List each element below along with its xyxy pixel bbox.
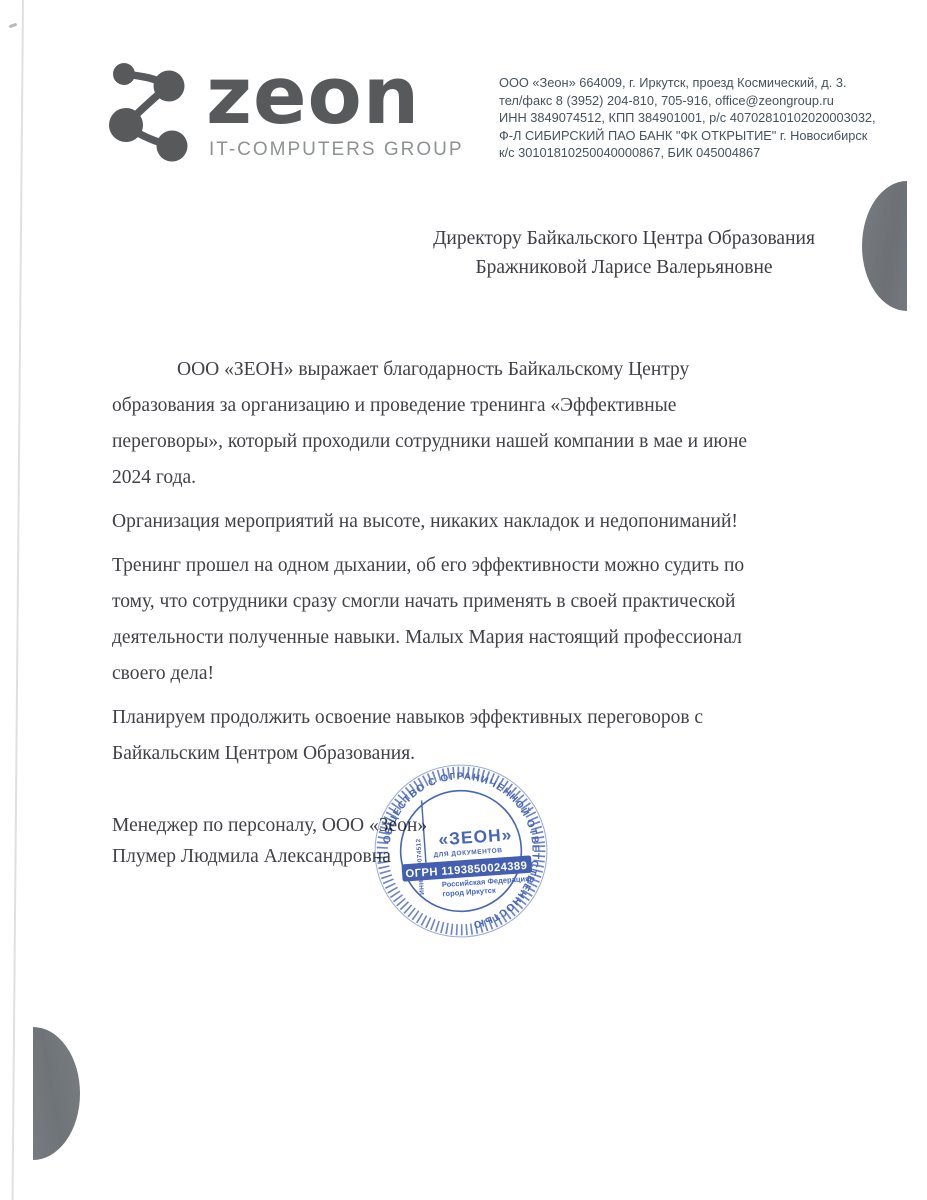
molecule-network-icon bbox=[108, 62, 194, 166]
scan-shadow-blob-right bbox=[862, 181, 907, 311]
paragraph-gratitude: ООО «ЗЕОН» выражает благодарность Байкал… bbox=[112, 352, 852, 496]
company-corr-account-bik: к/с 30101810250040000867, БИК 045004867 bbox=[499, 144, 899, 162]
recipient-block: Директору Байкальского Центра Образовани… bbox=[398, 224, 850, 282]
body-line: 2024 года. bbox=[112, 460, 852, 496]
body-line: своего дела! bbox=[112, 656, 852, 692]
body-line: Организация мероприятий на высоте, никак… bbox=[112, 504, 852, 540]
scanned-letter-page: zeon IT-COMPUTERS GROUP ООО «Зеон» 66400… bbox=[0, 0, 927, 1200]
brand-wordmark: zeon bbox=[206, 52, 420, 140]
brand-subtitle: IT-COMPUTERS GROUP bbox=[209, 139, 464, 161]
body-line: образования за организацию и проведение … bbox=[112, 388, 852, 424]
recipient-name: Бражниковой Ларисе Валерьяновне bbox=[398, 253, 850, 282]
body-line: Планируем продолжить освоение навыков эф… bbox=[112, 700, 852, 736]
body-line: деятельности полученные навыки. Малых Ма… bbox=[112, 620, 852, 656]
body-line: тому, что сотрудники сразу смогли начать… bbox=[112, 584, 852, 620]
body-line: Тренинг прошел на одном дыхании, об его … bbox=[112, 548, 852, 584]
scanner-edge-line bbox=[12, 0, 24, 1200]
company-inn-kpp-account: ИНН 3849074512, КПП 384901001, р/с 40702… bbox=[499, 109, 899, 127]
body-line: переговоры», который проходили сотрудник… bbox=[112, 424, 852, 460]
company-bank: Ф-Л СИБИРСКИЙ ПАО БАНК "ФК ОТКРЫТИЕ" г. … bbox=[499, 127, 899, 145]
company-stamp: ОБЩЕСТВО С ОГРАНИЧЕННОЙ ОТВЕТСТВЕННОСТЬЮ… bbox=[365, 755, 557, 947]
letter-body: ООО «ЗЕОН» выражает благодарность Байкал… bbox=[112, 352, 852, 780]
paragraph-training-results: Тренинг прошел на одном дыхании, об его … bbox=[112, 548, 852, 692]
paragraph-organization: Организация мероприятий на высоте, никак… bbox=[112, 504, 852, 540]
company-address: ООО «Зеон» 664009, г. Иркутск, проезд Ко… bbox=[499, 74, 899, 92]
recipient-title: Директору Байкальского Центра Образовани… bbox=[398, 224, 850, 253]
scan-shadow-blob-bottom-left bbox=[33, 1027, 80, 1160]
scan-speck bbox=[9, 23, 18, 28]
body-line: ООО «ЗЕОН» выражает благодарность Байкал… bbox=[112, 352, 852, 388]
company-phone-email: тел/факс 8 (3952) 204-810, 705-916, offi… bbox=[499, 92, 899, 110]
company-info-block: ООО «Зеон» 664009, г. Иркутск, проезд Ко… bbox=[499, 74, 899, 162]
